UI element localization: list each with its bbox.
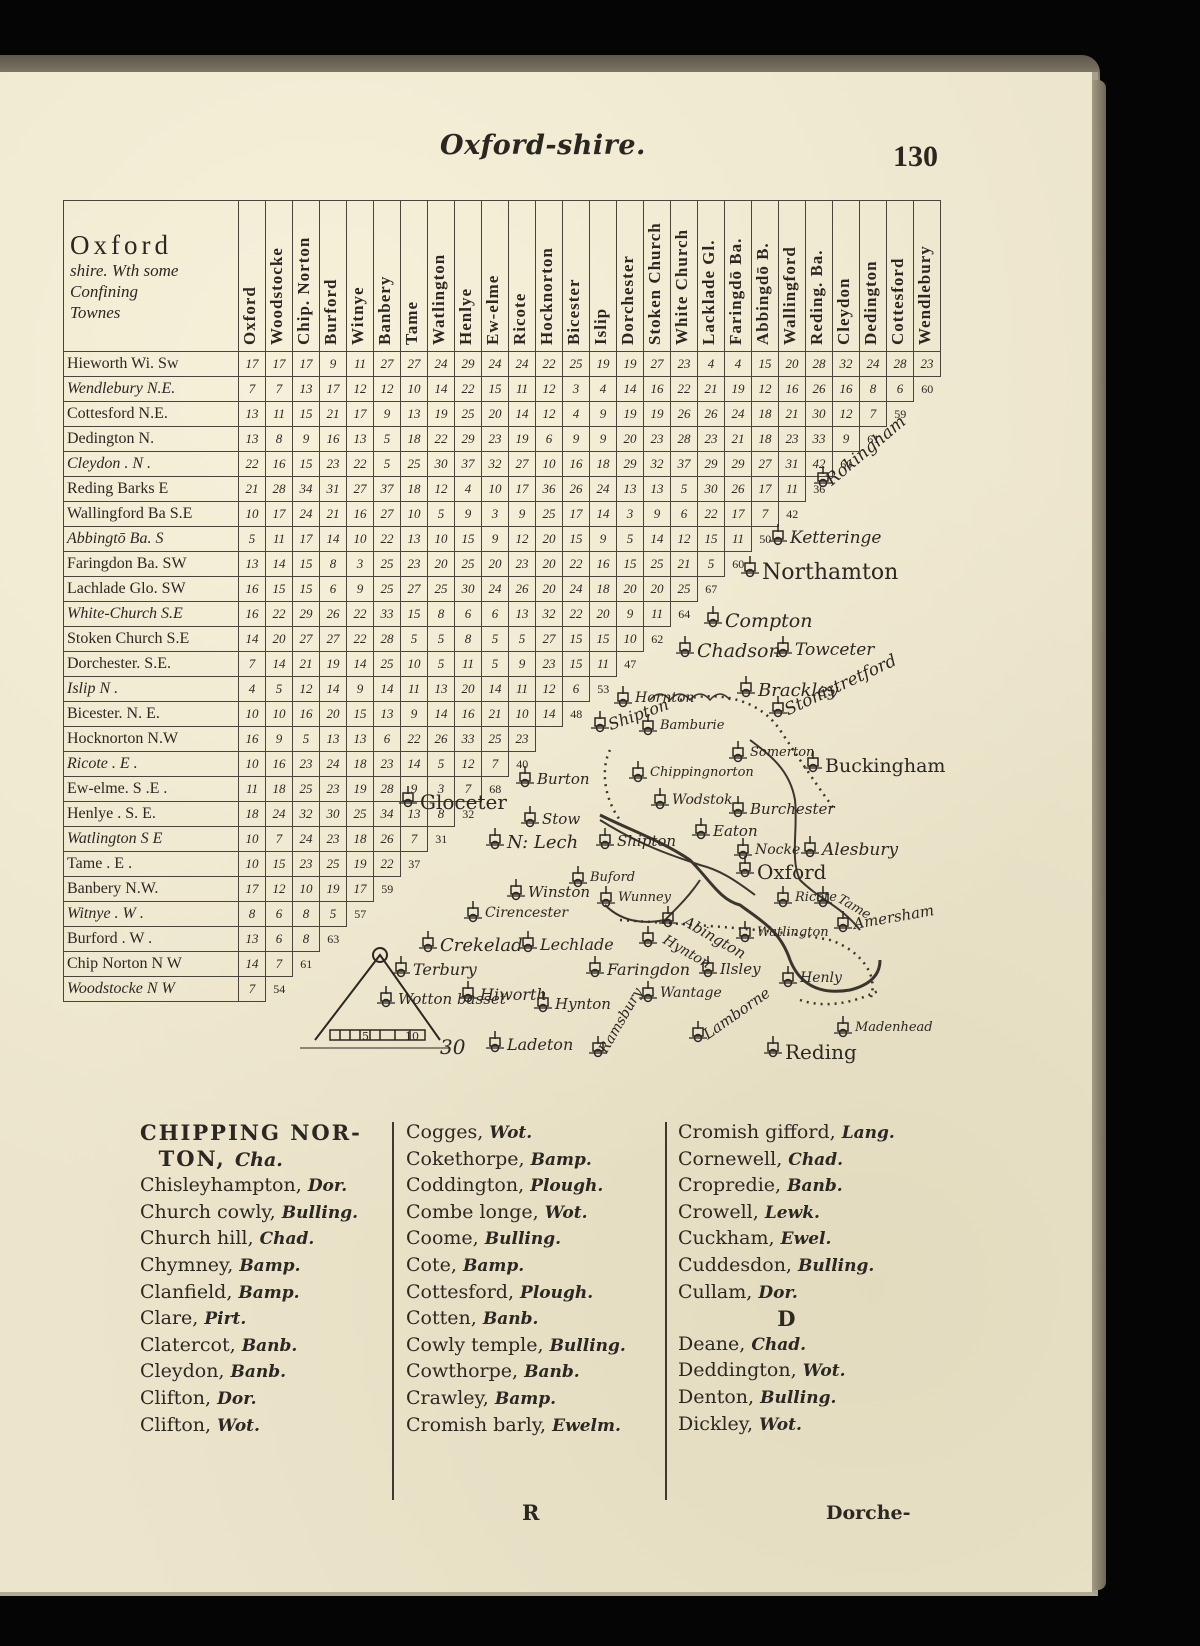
table-row: Dorchester. S.E.714211914251051159231511… [64, 652, 941, 677]
table-row: Cleydon . N .221615232252530373227101618… [64, 452, 941, 477]
column-header-label: Wallingford [780, 246, 800, 345]
index-entry: Deane, Chad. [678, 1332, 895, 1359]
distance-cell: 17 [725, 502, 752, 527]
hundred-abbreviation: Pirt. [204, 1309, 246, 1329]
distance-cell: 26 [698, 402, 725, 427]
row-label: Lachlade Glo. SW [64, 577, 239, 602]
distance-cell: 16 [239, 577, 266, 602]
distance-cell: 29 [617, 452, 644, 477]
distance-cell: 13 [320, 727, 347, 752]
place-name: Clifton, [140, 1387, 211, 1409]
empty-cell [698, 977, 725, 1002]
index-entry: Denton, Bulling. [678, 1385, 895, 1412]
distance-cell: 19 [509, 427, 536, 452]
distance-cell: 20 [536, 577, 563, 602]
distance-cell: 29 [455, 427, 482, 452]
empty-cell [536, 927, 563, 952]
empty-cell [482, 827, 509, 852]
empty-cell [833, 502, 860, 527]
distance-cell: 5 [482, 652, 509, 677]
distance-cell: 23 [320, 777, 347, 802]
place-name: Combe longe, [406, 1201, 539, 1223]
empty-cell [671, 852, 698, 877]
empty-cell [374, 977, 401, 1002]
index-entry: Cowly temple, Bulling. [406, 1333, 626, 1360]
empty-cell [725, 977, 752, 1002]
distance-cell: 20 [617, 427, 644, 452]
distance-cell: 5 [428, 752, 455, 777]
distance-cell: 12 [266, 877, 293, 902]
distance-cell: 17 [293, 352, 320, 377]
empty-cell [887, 477, 914, 502]
empty-cell [617, 777, 644, 802]
signature-mark: R [522, 1500, 539, 1525]
empty-cell [860, 577, 887, 602]
place-name: Cowthorpe, [406, 1360, 518, 1382]
empty-cell [725, 652, 752, 677]
distance-cell: 9 [374, 402, 401, 427]
distance-cell: 6 [482, 602, 509, 627]
distance-cell: 20 [779, 352, 806, 377]
index-section-letter: D [678, 1306, 895, 1332]
distance-cell: 22 [671, 377, 698, 402]
distance-cell: 30 [428, 452, 455, 477]
table-row: Ricote . E .10162324182314512740 [64, 752, 941, 777]
distance-cell: 18 [590, 577, 617, 602]
distance-cell: 29 [698, 452, 725, 477]
empty-cell [914, 952, 941, 977]
column-header-label: Burford [321, 279, 341, 346]
index-column-2: Cogges, Wot.Cokethorpe, Bamp.Coddington,… [406, 1120, 626, 1439]
distance-cell: 15 [617, 552, 644, 577]
empty-cell [914, 402, 941, 427]
empty-cell [914, 627, 941, 652]
column-header: White Church [671, 201, 698, 352]
distance-cell: 24 [482, 577, 509, 602]
distance-cell: 19 [617, 402, 644, 427]
empty-cell [671, 802, 698, 827]
distance-cell: 25 [644, 552, 671, 577]
edge-distance-label: 68 [482, 777, 509, 802]
empty-cell [563, 927, 590, 952]
table-title-line: Confining [70, 281, 238, 302]
distance-cell: 29 [455, 352, 482, 377]
table-row: Hieworth Wi. Sw1717179112727242924242225… [64, 352, 941, 377]
distance-cell: 14 [482, 677, 509, 702]
empty-cell [779, 952, 806, 977]
hundred-abbreviation: Banb. [242, 1336, 298, 1356]
distance-cell: 16 [347, 502, 374, 527]
distance-cell: 24 [509, 352, 536, 377]
distance-cell: 5 [509, 627, 536, 652]
row-label: Hieworth Wi. Sw [64, 352, 239, 377]
distance-cell: 9 [401, 702, 428, 727]
empty-cell [644, 927, 671, 952]
empty-cell [563, 902, 590, 927]
index-entry: Cotten, Banb. [406, 1306, 626, 1333]
distance-cell: 12 [536, 677, 563, 702]
empty-cell [698, 852, 725, 877]
distance-cell: 21 [698, 377, 725, 402]
distance-cell: 14 [239, 952, 266, 977]
empty-cell [644, 952, 671, 977]
distance-cell: 27 [293, 627, 320, 652]
distance-cell: 22 [455, 377, 482, 402]
edge-distance-label: 42 [779, 502, 806, 527]
column-header: Bicester [563, 201, 590, 352]
empty-cell [671, 927, 698, 952]
empty-cell [725, 952, 752, 977]
empty-cell [914, 427, 941, 452]
empty-cell [860, 627, 887, 652]
empty-cell [617, 952, 644, 977]
distance-cell: 15 [401, 602, 428, 627]
empty-cell [428, 952, 455, 977]
distance-cell: 21 [239, 477, 266, 502]
distance-cell: 23 [914, 352, 941, 377]
distance-cell: 18 [347, 827, 374, 852]
distance-cell: 11 [266, 402, 293, 427]
distance-cell: 5 [401, 627, 428, 652]
empty-cell [779, 877, 806, 902]
distance-cell: 24 [320, 752, 347, 777]
distance-cell: 19 [320, 877, 347, 902]
index-entry: TON, Cha. [140, 1146, 362, 1174]
empty-cell [860, 927, 887, 952]
empty-cell [590, 752, 617, 777]
distance-cell: 6 [266, 902, 293, 927]
empty-cell [779, 802, 806, 827]
distance-cell: 11 [509, 377, 536, 402]
distance-cell: 9 [617, 602, 644, 627]
distance-cell: 17 [239, 352, 266, 377]
distance-cell: 7 [401, 827, 428, 852]
distance-cell: 13 [509, 602, 536, 627]
column-header: Wendlebury [914, 201, 941, 352]
distance-cell: 10 [266, 702, 293, 727]
distance-cell: 18 [401, 477, 428, 502]
table-row: Abbingtō Ba. S51117141022131015912201595… [64, 527, 941, 552]
empty-cell [509, 977, 536, 1002]
distance-cell: 22 [266, 602, 293, 627]
distance-cell: 13 [347, 427, 374, 452]
place-name: Denton, [678, 1386, 754, 1408]
distance-cell: 13 [644, 477, 671, 502]
edge-distance-label: 59 [887, 402, 914, 427]
empty-cell [860, 802, 887, 827]
place-name: Cogges, [406, 1121, 483, 1143]
distance-cell: 4 [239, 677, 266, 702]
empty-cell [887, 927, 914, 952]
empty-cell [914, 977, 941, 1002]
empty-cell [644, 802, 671, 827]
empty-cell [806, 527, 833, 552]
distance-cell: 9 [563, 427, 590, 452]
index-entry: Clifton, Wot. [140, 1413, 362, 1440]
table-row: Reding Barks E21283431273718124101736262… [64, 477, 941, 502]
empty-cell [833, 577, 860, 602]
distance-cell: 4 [455, 477, 482, 502]
empty-cell [617, 677, 644, 702]
distance-cell: 3 [347, 552, 374, 577]
empty-cell [752, 927, 779, 952]
empty-cell [833, 652, 860, 677]
hundred-abbreviation: Lang. [842, 1123, 895, 1143]
distance-cell: 23 [644, 427, 671, 452]
empty-cell [671, 652, 698, 677]
distance-cell: 15 [293, 577, 320, 602]
place-name: Cromish gifford, [678, 1121, 836, 1143]
empty-cell [563, 752, 590, 777]
table-row: Islip N .451214914111320141112653 [64, 677, 941, 702]
distance-cell: 28 [266, 477, 293, 502]
distance-cell: 25 [455, 402, 482, 427]
empty-cell [590, 902, 617, 927]
empty-cell [914, 777, 941, 802]
distance-cell: 10 [428, 527, 455, 552]
empty-cell [887, 952, 914, 977]
distance-cell: 10 [401, 502, 428, 527]
empty-cell [779, 702, 806, 727]
empty-cell [509, 902, 536, 927]
empty-cell [698, 677, 725, 702]
empty-cell [914, 452, 941, 477]
distance-cell: 32 [536, 602, 563, 627]
distance-cell: 24 [293, 502, 320, 527]
column-header: Lacklade Gl. [698, 201, 725, 352]
distance-cell: 7 [239, 977, 266, 1002]
distance-cell: 24 [590, 477, 617, 502]
column-header-label: Bicester [564, 278, 584, 345]
empty-cell [536, 727, 563, 752]
empty-cell [752, 702, 779, 727]
empty-cell [563, 777, 590, 802]
column-header: Chip. Norton [293, 201, 320, 352]
empty-cell [887, 552, 914, 577]
distance-cell: 8 [320, 552, 347, 577]
distance-cell: 9 [347, 577, 374, 602]
distance-cell: 32 [833, 352, 860, 377]
distance-cell: 22 [563, 552, 590, 577]
empty-cell [644, 977, 671, 1002]
empty-cell [779, 977, 806, 1002]
distance-cell: 10 [536, 452, 563, 477]
distance-cell: 31 [779, 452, 806, 477]
distance-cell: 24 [428, 352, 455, 377]
distance-cell: 14 [428, 702, 455, 727]
distance-cell: 6 [563, 677, 590, 702]
empty-cell [725, 677, 752, 702]
empty-cell [833, 777, 860, 802]
hundred-abbreviation: Cha. [235, 1149, 283, 1171]
distance-cell: 14 [536, 702, 563, 727]
empty-cell [482, 852, 509, 877]
column-header-label: Tame [402, 301, 422, 345]
empty-cell [752, 552, 779, 577]
empty-cell [887, 427, 914, 452]
distance-cell: 8 [860, 377, 887, 402]
distance-cell: 5 [428, 652, 455, 677]
distance-cell: 16 [239, 602, 266, 627]
distance-cell: 28 [671, 427, 698, 452]
column-header: Watlington [428, 201, 455, 352]
place-name: Cotten, [406, 1307, 477, 1329]
empty-cell [536, 902, 563, 927]
empty-cell [833, 952, 860, 977]
empty-cell [833, 802, 860, 827]
distance-cell: 9 [590, 427, 617, 452]
index-column-divider [392, 1122, 394, 1500]
index-entry: Church cowly, Bulling. [140, 1200, 362, 1227]
empty-cell [563, 952, 590, 977]
index-entry: Coome, Bulling. [406, 1226, 626, 1253]
distance-cell: 9 [347, 677, 374, 702]
index-entry: Combe longe, Wot. [406, 1200, 626, 1227]
column-header: Woodstocke [266, 201, 293, 352]
distance-cell: 17 [347, 402, 374, 427]
distance-cell: 32 [293, 802, 320, 827]
empty-cell [509, 927, 536, 952]
empty-cell [887, 602, 914, 627]
distance-cell: 10 [482, 477, 509, 502]
distance-cell: 16 [320, 427, 347, 452]
distance-cell: 33 [806, 427, 833, 452]
index-entry: Cowthorpe, Banb. [406, 1359, 626, 1386]
distance-cell: 5 [239, 527, 266, 552]
distance-cell: 17 [509, 477, 536, 502]
empty-cell [671, 627, 698, 652]
edge-distance-label: 61 [860, 427, 887, 452]
row-label: Islip N . [64, 677, 239, 702]
table-header-row: Oxford shire. Wth some Confining Townes … [64, 201, 941, 352]
distance-cell: 13 [401, 402, 428, 427]
empty-cell [779, 902, 806, 927]
place-name: D [777, 1306, 795, 1331]
empty-cell [617, 727, 644, 752]
distance-cell: 30 [698, 477, 725, 502]
distance-cell: 12 [536, 377, 563, 402]
distance-cell: 5 [617, 527, 644, 552]
empty-cell [482, 952, 509, 977]
edge-distance-label: 37 [401, 852, 428, 877]
empty-cell [806, 602, 833, 627]
edge-distance-label: 60 [914, 377, 941, 402]
distance-cell: 26 [806, 377, 833, 402]
edge-distance-label: 61 [293, 952, 320, 977]
distance-cell: 14 [320, 527, 347, 552]
place-name: Cote, [406, 1254, 457, 1276]
empty-cell [536, 952, 563, 977]
distance-cell: 14 [509, 402, 536, 427]
empty-cell [860, 452, 887, 477]
column-header-label: Dorchester [618, 255, 638, 345]
table-row: Faringdon Ba. SW131415832523202520232022… [64, 552, 941, 577]
column-header-label: Wendlebury [915, 245, 935, 345]
empty-cell [779, 552, 806, 577]
empty-cell [698, 827, 725, 852]
column-header-label: Chip. Norton [294, 237, 314, 345]
column-header-label: Banbery [375, 276, 395, 345]
empty-cell [320, 952, 347, 977]
hundred-abbreviation: Chad. [788, 1150, 843, 1170]
distance-cell: 27 [509, 452, 536, 477]
hundred-abbreviation: Ewel. [781, 1229, 832, 1249]
distance-cell: 24 [860, 352, 887, 377]
distance-cell: 15 [482, 377, 509, 402]
empty-cell [563, 802, 590, 827]
hundred-abbreviation: Bamp. [238, 1283, 299, 1303]
distance-cell: 5 [482, 627, 509, 652]
empty-cell [563, 852, 590, 877]
empty-cell [455, 927, 482, 952]
distance-cell: 5 [374, 452, 401, 477]
table-row: Chip Norton N W14761 [64, 952, 941, 977]
distance-cell: 6 [887, 377, 914, 402]
distance-cell: 12 [833, 402, 860, 427]
empty-cell [833, 827, 860, 852]
place-name: Cullam, [678, 1281, 752, 1303]
table-title-line: Oxford [70, 230, 238, 260]
empty-cell [860, 502, 887, 527]
empty-cell [860, 977, 887, 1002]
distance-cell: 25 [374, 552, 401, 577]
empty-cell [671, 877, 698, 902]
hundred-abbreviation: Bamp. [495, 1389, 556, 1409]
empty-cell [833, 852, 860, 877]
distance-cell: 26 [725, 477, 752, 502]
empty-cell [725, 902, 752, 927]
distance-cell: 22 [428, 427, 455, 452]
distance-cell: 10 [239, 702, 266, 727]
place-name: Church cowly, [140, 1201, 276, 1223]
place-name: Church hill, [140, 1227, 254, 1249]
distance-cell: 37 [455, 452, 482, 477]
empty-cell [779, 752, 806, 777]
index-entry: Church hill, Chad. [140, 1226, 362, 1253]
column-header: Dorchester [617, 201, 644, 352]
distance-cell: 14 [239, 627, 266, 652]
hundred-abbreviation: Wot. [217, 1416, 260, 1436]
table-title-cell: Oxford shire. Wth some Confining Townes [64, 201, 239, 352]
distance-cell: 11 [401, 677, 428, 702]
empty-cell [752, 952, 779, 977]
empty-cell [752, 977, 779, 1002]
distance-cell: 13 [617, 477, 644, 502]
distance-cell: 13 [239, 427, 266, 452]
empty-cell [860, 527, 887, 552]
empty-cell [860, 902, 887, 927]
distance-cell: 34 [374, 802, 401, 827]
edge-distance-label: 60 [725, 552, 752, 577]
distance-cell: 9 [590, 402, 617, 427]
distance-cell: 14 [644, 527, 671, 552]
distance-cell: 5 [266, 677, 293, 702]
empty-cell [428, 977, 455, 1002]
distance-cell: 9 [509, 652, 536, 677]
empty-cell [671, 752, 698, 777]
empty-cell [914, 752, 941, 777]
empty-cell [833, 927, 860, 952]
empty-cell [887, 502, 914, 527]
empty-cell [914, 602, 941, 627]
index-entry: Cromish barly, Ewelm. [406, 1413, 626, 1440]
empty-cell [698, 702, 725, 727]
place-name: Cropredie, [678, 1174, 781, 1196]
distance-cell: 7 [482, 752, 509, 777]
distance-cell: 23 [293, 752, 320, 777]
empty-cell [644, 652, 671, 677]
column-header-label: Islip [591, 308, 611, 345]
